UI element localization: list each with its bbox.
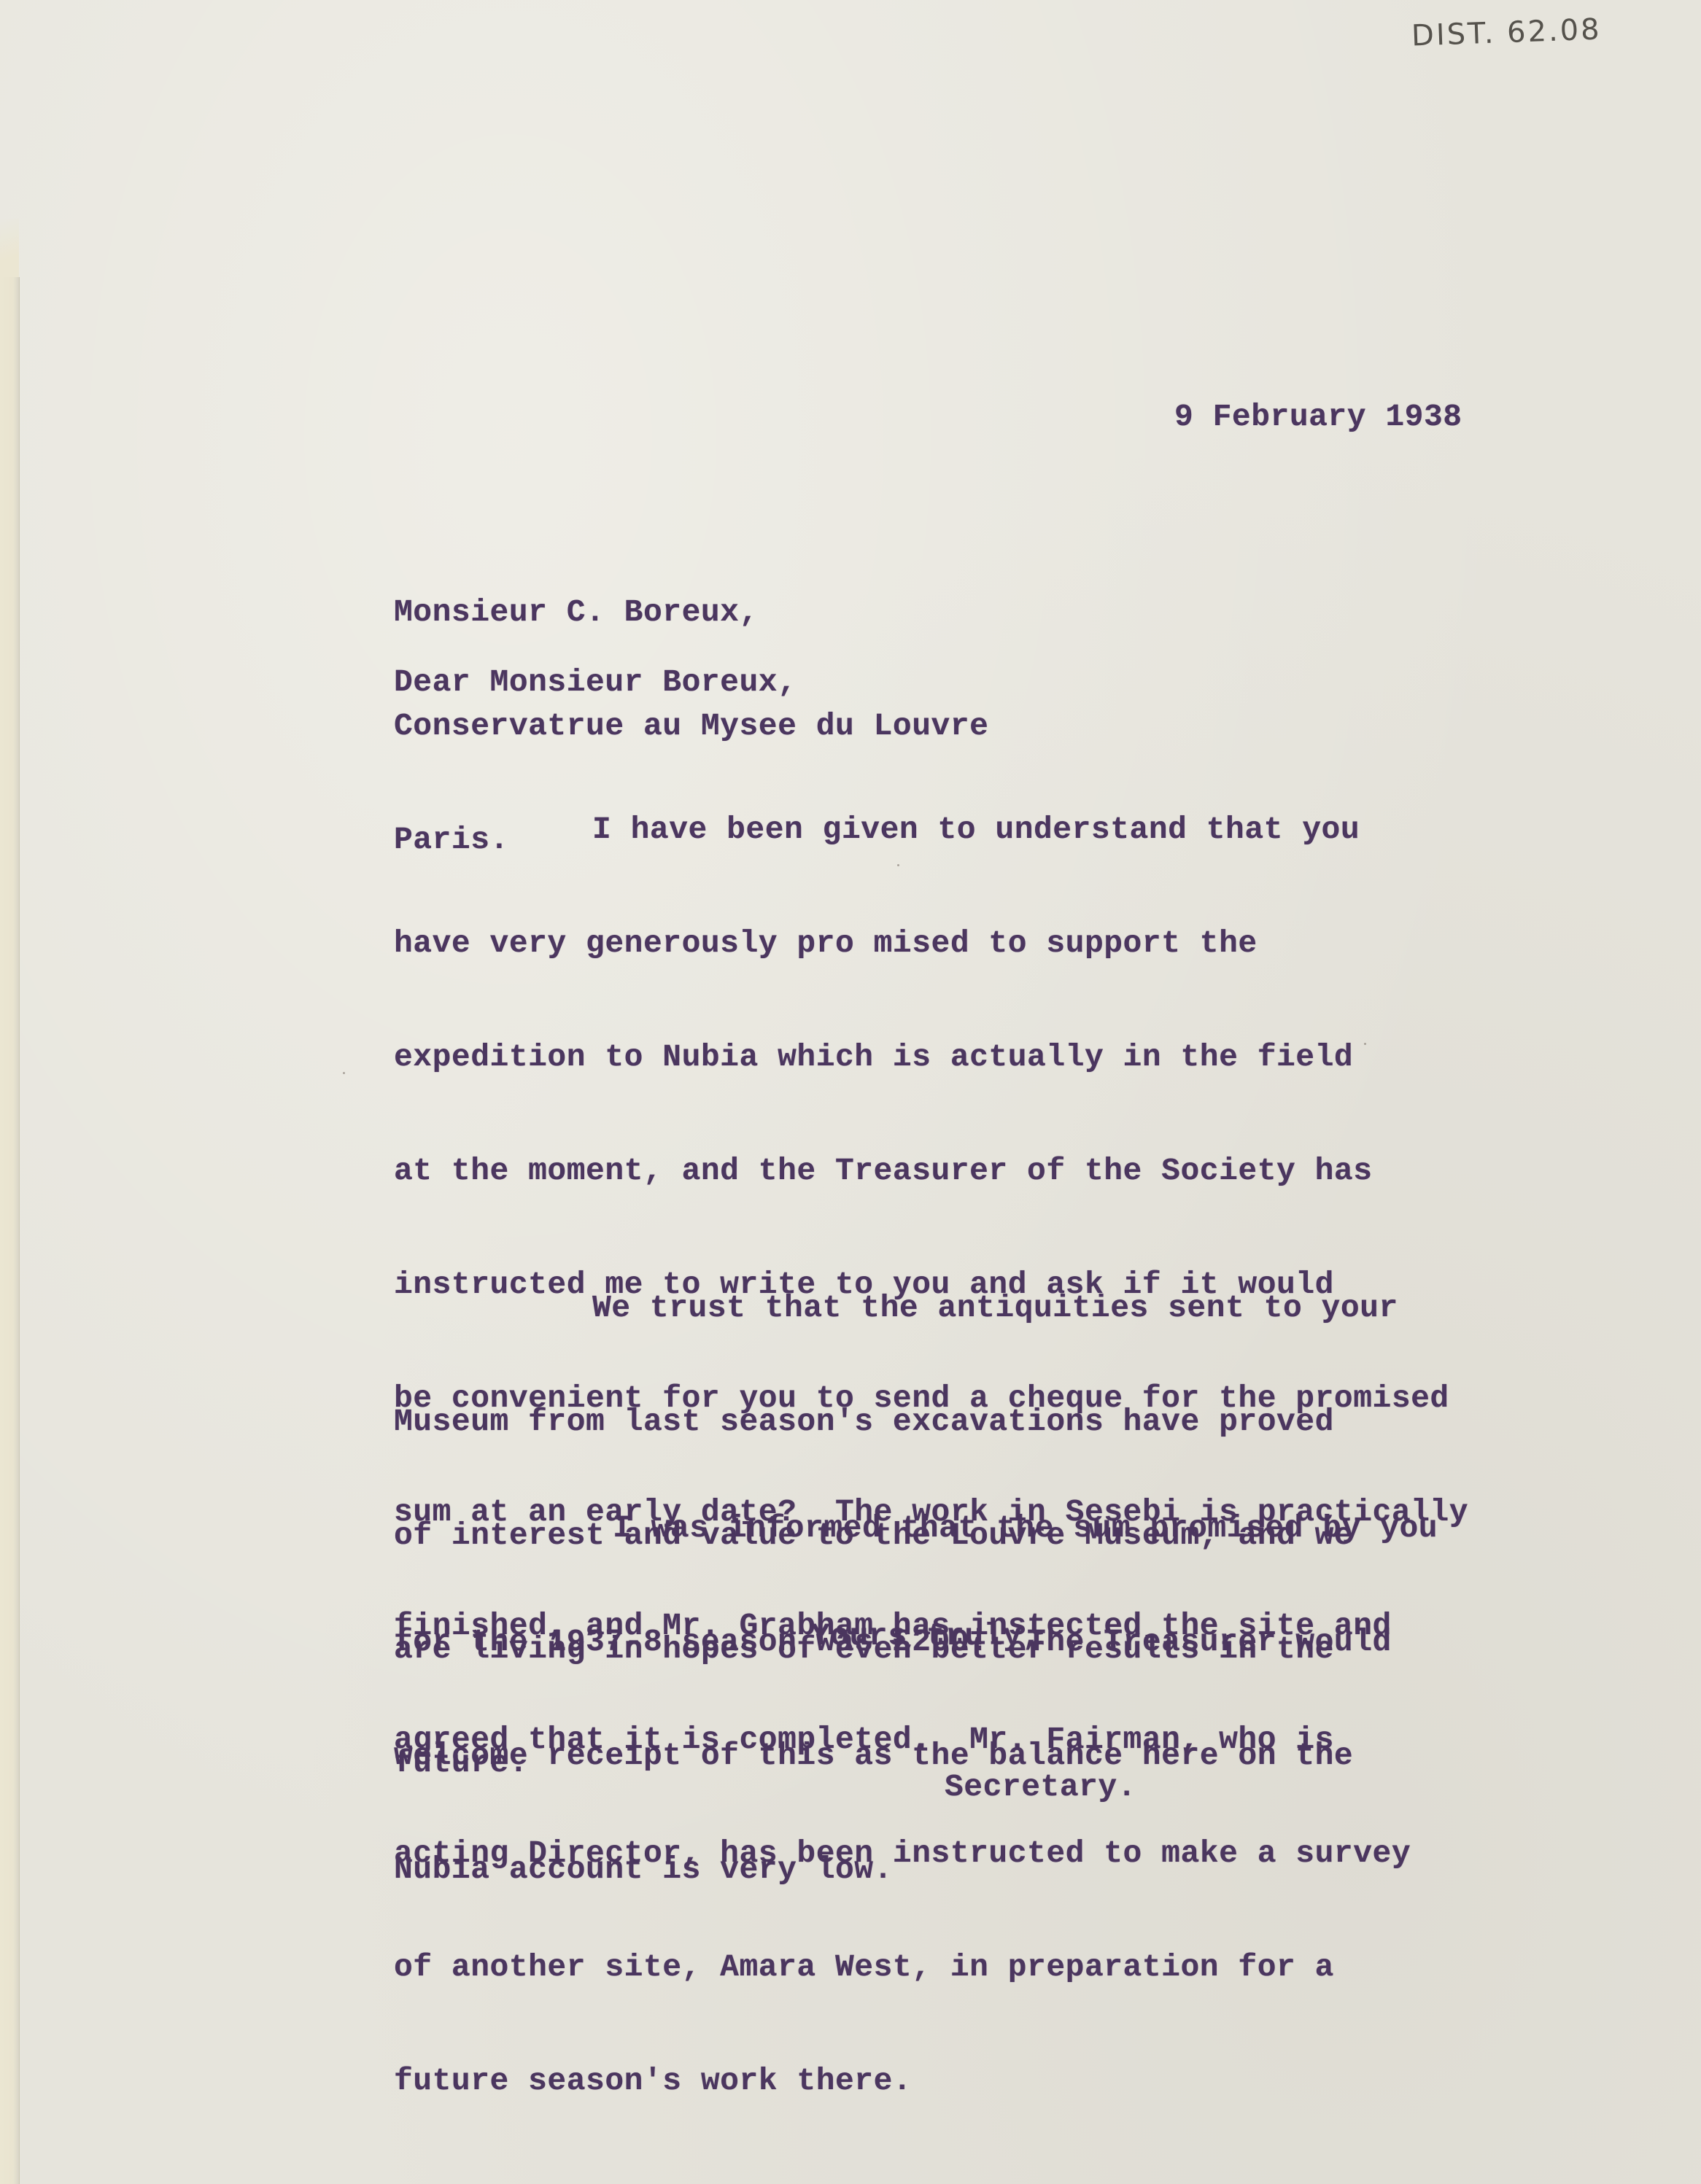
- letter-date: 9 February 1938: [1174, 398, 1462, 436]
- paragraph-line: I was informed that the sum promised by …: [394, 1509, 1438, 1547]
- paragraph-line: expedition to Nubia which is actually in…: [394, 1038, 1468, 1076]
- paragraph-line: have very generously pro mised to suppor…: [394, 925, 1468, 963]
- paper-edge-fold: [0, 219, 19, 284]
- paragraph-line: future season's work there.: [394, 2062, 1468, 2100]
- closing: Yours truly,: [811, 1617, 1042, 1655]
- paragraph-line: We trust that the antiquities sent to yo…: [394, 1289, 1398, 1327]
- paragraph-line: of another site, Amara West, in preparat…: [394, 1948, 1468, 1986]
- paragraph-line: welcome receipt of this as the balance h…: [394, 1737, 1438, 1775]
- signoff: Secretary.: [945, 1768, 1136, 1806]
- recipient-name: Monsieur C. Boreux,: [394, 594, 988, 632]
- paragraph-3: I was informed that the sum promised by …: [394, 1434, 1438, 1927]
- paper-speck: [343, 1072, 345, 1074]
- paragraph-line: I have been given to understand that you: [394, 811, 1468, 849]
- paper-edge-strip: [0, 277, 20, 2184]
- paragraph-line: Nubia account is very low.: [394, 1851, 1438, 1889]
- salutation: Dear Monsieur Boreux,: [394, 664, 797, 702]
- accession-number: DIST. 62.08: [1411, 12, 1602, 53]
- paragraph-line: at the moment, and the Treasurer of the …: [394, 1152, 1468, 1190]
